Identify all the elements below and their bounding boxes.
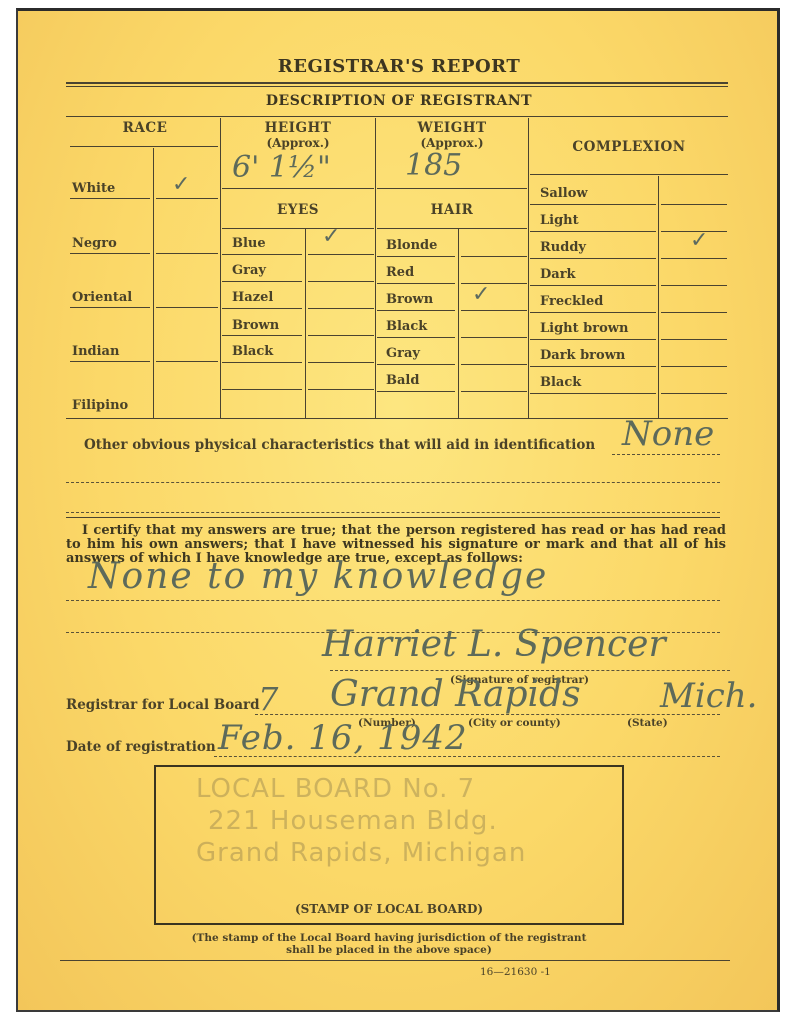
eyes-blue-check-icon: ✓: [322, 224, 340, 249]
local-board-city-caption: (City or county): [468, 717, 561, 729]
stamp-line-1: LOCAL BOARD No. 7: [196, 774, 475, 804]
complexion-row-rule: [661, 204, 727, 205]
complexion-row-rule: [530, 231, 656, 232]
eyes-row-rule: [222, 281, 302, 282]
eyes-header: EYES: [222, 202, 374, 218]
hair-option-red: Red: [386, 265, 414, 280]
hair-row-rule: [377, 310, 455, 311]
blank-line-1: [66, 482, 720, 483]
eyes-check-column: [305, 229, 306, 418]
hair-row-rule: [461, 364, 527, 365]
weight-value: 185: [405, 148, 462, 183]
eyes-row-rule: [308, 281, 374, 282]
complexion-row-rule: [530, 339, 656, 340]
hair-option-black: Black: [386, 319, 427, 334]
stamp-instruction-line-1: (The stamp of the Local Board having jur…: [0, 932, 778, 944]
complexion-row-rule: [530, 204, 656, 205]
hair-row-rule: [461, 256, 527, 257]
hair-option-gray: Gray: [386, 346, 420, 361]
complexion-option-sallow: Sallow: [540, 186, 588, 201]
divider-race-height: [220, 118, 221, 418]
complexion-option-freckled: Freckled: [540, 294, 603, 309]
complexion-row-rule: [530, 393, 656, 394]
local-board-state: Mich.: [660, 676, 757, 716]
race-header: RACE: [70, 120, 220, 136]
hair-header-rule: [377, 228, 527, 229]
race-row-rule: [70, 361, 150, 362]
race-row-rule: [156, 361, 218, 362]
certification-rule: [66, 517, 720, 518]
section-title: DESCRIPTION OF REGISTRANT: [0, 93, 798, 109]
weight-rule: [377, 188, 527, 189]
complexion-row-rule: [530, 258, 656, 259]
complexion-header-rule: [530, 174, 728, 175]
eyes-row-rule: [308, 335, 374, 336]
eyes-option-black: Black: [232, 344, 273, 359]
hair-row-rule: [461, 337, 527, 338]
height-header-sub: (Approx.): [222, 136, 374, 150]
hair-row-rule: [377, 256, 455, 257]
stamp-line-3: Grand Rapids, Michigan: [196, 838, 526, 868]
stamp-instruction-line-2: shall be placed in the above space): [0, 944, 778, 956]
complexion-row-rule: [530, 312, 656, 313]
complexion-row-rule: [530, 366, 656, 367]
complexion-row-rule: [661, 366, 727, 367]
hair-row-rule: [377, 337, 455, 338]
complexion-check-column: [658, 176, 659, 418]
weight-header-label: WEIGHT: [417, 120, 486, 136]
complexion-row-rule: [661, 258, 727, 259]
race-option-indian: Indian: [72, 344, 119, 359]
race-row-rule: [156, 253, 218, 254]
height-header-label: HEIGHT: [265, 120, 332, 136]
eyes-row-rule: [222, 254, 302, 255]
complexion-option-dark: Dark: [540, 267, 576, 282]
complexion-row-rule: [661, 339, 727, 340]
hair-brown-check-icon: ✓: [472, 282, 490, 307]
complexion-option-dark-brown: Dark brown: [540, 348, 625, 363]
eyes-row-rule: [222, 335, 302, 336]
complexion-option-ruddy: Ruddy: [540, 240, 586, 255]
race-option-oriental: Oriental: [72, 290, 132, 305]
weight-header: WEIGHT (Approx.): [377, 120, 527, 150]
section-rule: [66, 116, 728, 117]
complexion-option-light-brown: Light brown: [540, 321, 628, 336]
other-characteristics-line: [612, 454, 720, 455]
hair-option-brown: Brown: [386, 292, 433, 307]
hair-option-blonde: Blonde: [386, 238, 437, 253]
signature-line: [330, 670, 730, 671]
local-board-number: 7: [258, 680, 278, 718]
footer-rule: [60, 960, 730, 961]
hair-row-rule: [377, 391, 455, 392]
complexion-row-rule: [661, 285, 727, 286]
complexion-row-rule: [530, 285, 656, 286]
eyes-row-rule: [308, 254, 374, 255]
height-value: 6' 1½": [232, 150, 331, 185]
eyes-option-hazel: Hazel: [232, 290, 273, 305]
form-number: 16—21630 -1: [480, 966, 551, 978]
hair-row-rule: [461, 391, 527, 392]
complexion-header: COMPLEXION: [530, 139, 728, 155]
hair-check-column: [458, 229, 459, 418]
eyes-option-blue: Blue: [232, 236, 266, 251]
complexion-row-rule: [661, 231, 727, 232]
divider-height-weight: [375, 118, 376, 418]
title-rule-bottom: [66, 86, 728, 87]
complexion-option-black: Black: [540, 375, 581, 390]
date-of-registration-value: Feb. 16, 1942: [218, 718, 468, 758]
hair-option-bald: Bald: [386, 373, 419, 388]
certification-exceptions: None to my knowledge: [88, 556, 548, 597]
form-title: REGISTRAR'S REPORT: [0, 56, 798, 77]
exceptions-line-1: [66, 600, 720, 601]
eyes-option-gray: Gray: [232, 263, 266, 278]
divider-weight-complexion: [528, 118, 529, 418]
eyes-header-rule: [222, 228, 374, 229]
race-header-rule: [70, 146, 218, 147]
height-header: HEIGHT (Approx.): [222, 120, 374, 150]
eyes-row-rule: [308, 308, 374, 309]
race-row-rule: [156, 307, 218, 308]
race-white-check-icon: ✓: [172, 172, 190, 197]
race-check-column: [153, 148, 154, 418]
hair-row-rule: [461, 310, 527, 311]
hair-row-rule: [461, 283, 527, 284]
race-option-filipino: Filipino: [72, 398, 128, 413]
race-row-rule: [156, 198, 218, 199]
eyes-row-rule: [222, 362, 302, 363]
race-row-rule: [70, 253, 150, 254]
eyes-row-rule: [222, 308, 302, 309]
complexion-row-rule: [661, 393, 727, 394]
height-rule: [222, 188, 374, 189]
race-row-rule: [70, 198, 150, 199]
eyes-option-brown: Brown: [232, 318, 279, 333]
local-board-city: Grand Rapids: [330, 674, 581, 715]
blank-line-2: [66, 512, 720, 513]
date-of-registration-label: Date of registration: [66, 739, 216, 755]
eyes-row-rule: [308, 362, 374, 363]
stamp-caption: (STAMP OF LOCAL BOARD): [0, 902, 778, 916]
hair-row-rule: [377, 283, 455, 284]
race-option-white: White: [72, 181, 115, 196]
eyes-row-rule: [308, 389, 374, 390]
registrar-signature: Harriet L. Spencer: [322, 624, 666, 665]
other-characteristics-label: Other obvious physical characteristics t…: [84, 437, 595, 453]
hair-header: HAIR: [377, 202, 527, 218]
race-row-rule: [70, 307, 150, 308]
title-rule-top: [66, 82, 728, 84]
race-option-negro: Negro: [72, 236, 117, 251]
complexion-row-rule: [661, 312, 727, 313]
local-board-label: Registrar for Local Board: [66, 697, 260, 713]
local-board-state-caption: (State): [627, 717, 668, 729]
other-characteristics-value: None: [622, 414, 714, 454]
stamp-line-2: 221 Houseman Bldg.: [208, 806, 498, 836]
hair-row-rule: [377, 364, 455, 365]
complexion-option-light: Light: [540, 213, 579, 228]
eyes-row-rule: [222, 389, 302, 390]
